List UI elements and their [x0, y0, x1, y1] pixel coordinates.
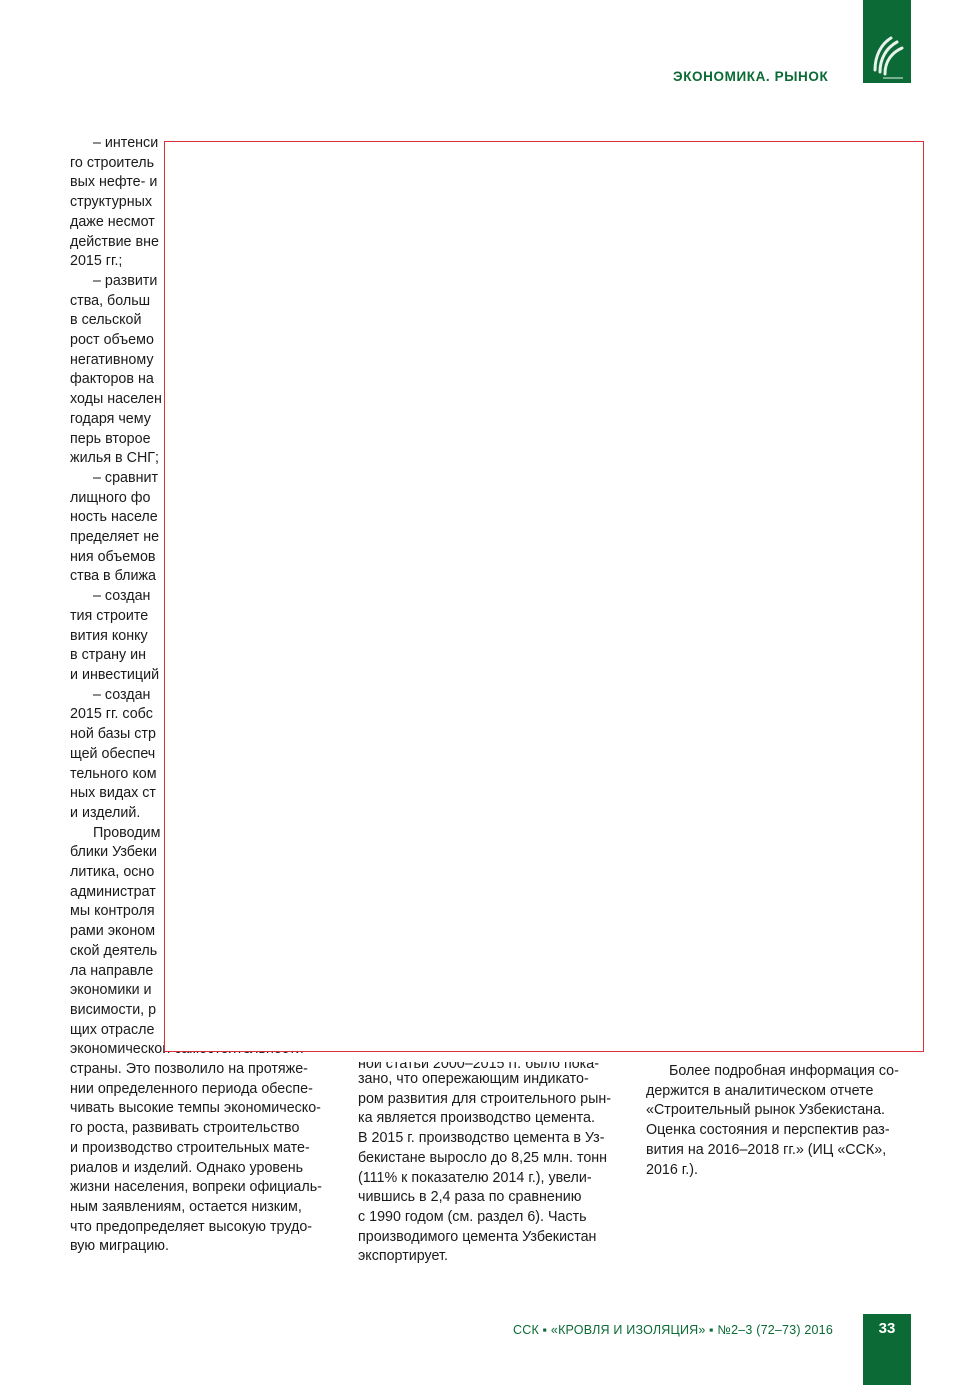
publication-footer: ССК ▪ «КРОВЛЯ И ИЗОЛЯЦИЯ» ▪ №2–3 (72–73)…	[513, 1323, 833, 1337]
text-line: Более подробная информация со-	[646, 1062, 911, 1082]
text-line: ной статьи 2000–2015 гг. было пока-	[358, 1062, 623, 1070]
column-2-tail: ной статьи 2000–2015 гг. было пока- зано…	[358, 1062, 623, 1267]
text-line: вития на 2016–2018 гг.» (ИЦ «ССК»,	[646, 1141, 911, 1161]
column-3-tail: Более подробная информация со- держится …	[646, 1062, 911, 1180]
page-number: 33	[863, 1320, 911, 1337]
text-line: держится в аналитическом отчете	[646, 1082, 911, 1102]
text-line: зано, что опережающим индикато-	[358, 1070, 623, 1090]
text-line: нии определенного периода обеспе-	[70, 1080, 335, 1100]
magazine-logo-icon	[863, 0, 911, 83]
text-line: (111% к показателю 2014 г.), увели-	[358, 1169, 623, 1189]
text-line: экспортирует.	[358, 1247, 623, 1267]
text-line: «Строительный рынок Узбекистана.	[646, 1101, 911, 1121]
redaction-box	[164, 141, 924, 1052]
text-line: 2016 г.).	[646, 1161, 911, 1181]
text-line: производимого цемента Узбекистан	[358, 1228, 623, 1248]
section-title: ЭКОНОМИКА. РЫНОК	[673, 69, 828, 84]
leaf-logo-icon	[869, 34, 905, 80]
text-line: что предопределяет высокую трудо-	[70, 1218, 335, 1238]
text-line: го роста, развивать строительство	[70, 1119, 335, 1139]
text-line: страны. Это позволило на протяже-	[70, 1060, 335, 1080]
text-line: чивать высокие темпы экономическо-	[70, 1099, 335, 1119]
text-line: ным заявлениям, остается низким,	[70, 1198, 335, 1218]
text-line: и производство строительных мате-	[70, 1139, 335, 1159]
text-line: В 2015 г. производство цемента в Уз-	[358, 1129, 623, 1149]
text-line: риалов и изделий. Однако уровень	[70, 1159, 335, 1179]
text-line: бекистане выросло до 8,25 млн. тонн	[358, 1149, 623, 1169]
text-line: чившись в 2,4 раза по сравнению	[358, 1188, 623, 1208]
page-number-box: 33	[863, 1314, 911, 1385]
text-line: вую миграцию.	[70, 1237, 335, 1257]
text-line: Оценка состояния и перспектив раз-	[646, 1121, 911, 1141]
text-line: с 1990 годом (см. раздел 6). Часть	[358, 1208, 623, 1228]
text-line: жизни населения, вопреки официаль-	[70, 1178, 335, 1198]
text-line: ка является производство цемента.	[358, 1109, 623, 1129]
text-line: ром развития для строительного рын-	[358, 1090, 623, 1110]
